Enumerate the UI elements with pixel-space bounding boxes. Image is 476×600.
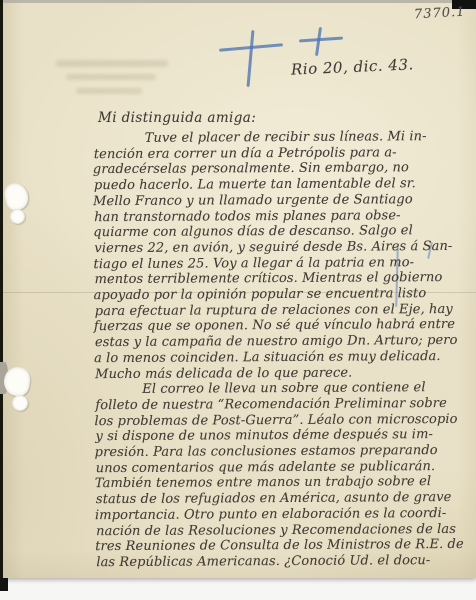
letter-line: folleto de nuestra “Recomendación Prelim… bbox=[95, 396, 470, 414]
letter-line: viernes 22, en avión, y seguiré desde Bs… bbox=[94, 239, 469, 257]
letter-line: las Repúblicas Americanas. ¿Conoció Ud. … bbox=[96, 553, 471, 571]
bleed-through-ghost-line bbox=[56, 60, 168, 67]
scan-corner-bottom-left bbox=[0, 578, 8, 591]
letter-line: Tuve el placer de recibir sus líneas. Mi… bbox=[93, 129, 469, 147]
punch-hole-top-icon bbox=[10, 209, 25, 224]
bleed-through-ghost-line bbox=[66, 74, 156, 80]
letter-line: apoyado por la opinión popular se encuen… bbox=[94, 286, 470, 304]
scan-left-edge bbox=[0, 0, 3, 590]
archive-number: 7370.1 bbox=[414, 5, 466, 23]
letter-line: Mello Franco y un llamado urgente de San… bbox=[93, 192, 469, 210]
letter-line: importancia. Otro punto en elaboración e… bbox=[95, 506, 471, 524]
letter-body: Tuve el placer de recibir sus líneas. Mi… bbox=[93, 129, 472, 571]
letter-salutation: Mi distinguida amiga: bbox=[98, 110, 256, 126]
punch-hole-bottom-icon bbox=[12, 395, 28, 411]
letter-line: a lo menos coinciden. La situación es mu… bbox=[94, 349, 470, 367]
bleed-through-ghost-line bbox=[76, 88, 142, 94]
scan-top-edge bbox=[0, 0, 476, 3]
scanned-letter-page: 7370.1 Rio 20, dic. 43. Mi distinguida a… bbox=[0, 0, 476, 600]
